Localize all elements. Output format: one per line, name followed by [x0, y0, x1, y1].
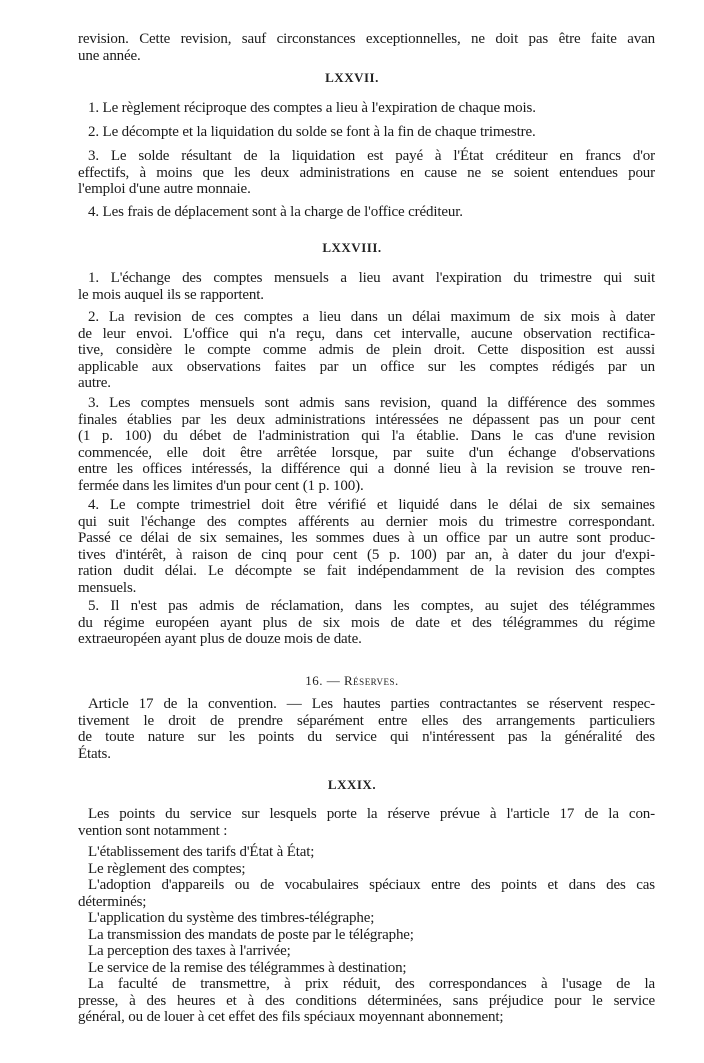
section-heading-lxxviii: LXXVIII.: [0, 240, 704, 256]
text-line: une année.: [78, 48, 655, 65]
lxxix-list: L'établissement des tarifs d'État à État…: [78, 844, 655, 1026]
text-line: effectifs, à moins que les deux administ…: [78, 165, 655, 182]
list-item: La perception des taxes à l'arrivée;: [78, 943, 655, 960]
text-line: 4. Les frais de déplacement sont à la ch…: [78, 204, 655, 221]
article-lxxvii-item-3: 3. Le solde résultant de la liquidation …: [78, 148, 655, 198]
list-item: L'établissement des tarifs d'État à État…: [78, 844, 655, 861]
text-line: finales établies par les deux administra…: [78, 412, 655, 429]
document-page: revision. Cette revision, sauf circonsta…: [0, 0, 704, 1063]
opening-paragraph: revision. Cette revision, sauf circonsta…: [78, 31, 655, 64]
text-line: 2. Le décompte et la liquidation du sold…: [78, 124, 655, 141]
text-line: tivement le droit de prendre séparément …: [78, 713, 655, 730]
text-line: applicable aux observations faites par u…: [78, 359, 655, 376]
text-line: mensuels.: [78, 580, 655, 597]
text-line: entre les offices intéressés, la différe…: [78, 461, 655, 478]
text-line: de leur envoi. L'office qui n'a reçu, da…: [78, 326, 655, 343]
section-title: Réserves.: [344, 673, 399, 688]
list-item: Le service de la remise des télégrammes …: [78, 960, 655, 977]
article-lxxviii-item-4: 4. Le compte trimestriel doit être vérif…: [78, 497, 655, 596]
article-lxxvii-item-4: 4. Les frais de déplacement sont à la ch…: [78, 204, 655, 221]
section-heading-lxxvii: LXXVII.: [0, 70, 704, 86]
list-item: Le règlement des comptes;: [78, 861, 655, 878]
text-line: fermée dans les limites d'un pour cent (…: [78, 478, 655, 495]
text-line: 3. Le solde résultant de la liquidation …: [78, 148, 655, 165]
text-line: 5. Il n'est pas admis de réclamation, da…: [78, 598, 655, 615]
text-line: vention sont notamment :: [78, 823, 655, 840]
article-lxxviii-item-2: 2. La revision de ces comptes a lieu dan…: [78, 309, 655, 392]
list-item-continuation: déterminés;: [78, 894, 655, 911]
list-item: La faculté de transmettre, à prix réduit…: [78, 976, 655, 993]
section-heading-lxxix: LXXIX.: [0, 777, 704, 793]
text-line: l'emploi d'une autre monnaie.: [78, 181, 655, 198]
text-line: 2. La revision de ces comptes a lieu dan…: [78, 309, 655, 326]
text-line: Article 17 de la convention. — Les haute…: [78, 696, 655, 713]
text-line: revision. Cette revision, sauf circonsta…: [78, 31, 655, 48]
text-line: commencée, elle doit être arrêtée lorsqu…: [78, 445, 655, 462]
article-lxxvii-item-2: 2. Le décompte et la liquidation du sold…: [78, 124, 655, 141]
text-line: tive, considère le compte comme admis de…: [78, 342, 655, 359]
text-line: tives d'intérêt, à raison de cinq pour c…: [78, 547, 655, 564]
text-line: 1. L'échange des comptes mensuels a lieu…: [78, 270, 655, 287]
reserves-paragraph: Article 17 de la convention. — Les haute…: [78, 696, 655, 762]
list-item: L'adoption d'appareils ou de vocabulaire…: [78, 877, 655, 894]
list-item-continuation: presse, à des heures et à des conditions…: [78, 993, 655, 1010]
text-line: (1 p. 100) du débet de l'administration …: [78, 428, 655, 445]
section-heading-reserves: 16. — Réserves.: [0, 673, 704, 689]
text-line: extraeuropéen ayant plus de douze mois d…: [78, 631, 655, 648]
text-line: de toute nature sur les points du servic…: [78, 729, 655, 746]
text-line: 4. Le compte trimestriel doit être vérif…: [78, 497, 655, 514]
text-line: Les points du service sur lesquels porte…: [78, 806, 655, 823]
list-item-continuation: général, ou de louer à cet effet des fil…: [78, 1009, 655, 1026]
section-number: 16. —: [305, 673, 340, 688]
text-line: Passé ce délai de six semaines, les somm…: [78, 530, 655, 547]
text-line: 3. Les comptes mensuels sont admis sans …: [78, 395, 655, 412]
text-line: ration dudit délai. Le décompte se fait …: [78, 563, 655, 580]
text-line: autre.: [78, 375, 655, 392]
article-lxxviii-item-3: 3. Les comptes mensuels sont admis sans …: [78, 395, 655, 494]
lxxix-intro: Les points du service sur lesquels porte…: [78, 806, 655, 839]
text-line: qui suit l'échange des comptes afférents…: [78, 514, 655, 531]
text-line: du régime européen ayant plus de six moi…: [78, 615, 655, 632]
article-lxxviii-item-5: 5. Il n'est pas admis de réclamation, da…: [78, 598, 655, 648]
text-line: 1. Le règlement réciproque des comptes a…: [78, 100, 655, 117]
article-lxxvii-item-1: 1. Le règlement réciproque des comptes a…: [78, 100, 655, 117]
text-line: États.: [78, 746, 655, 763]
list-item: La transmission des mandats de poste par…: [78, 927, 655, 944]
text-line: le mois auquel ils se rapportent.: [78, 287, 655, 304]
list-item: L'application du système des timbres-tél…: [78, 910, 655, 927]
article-lxxviii-item-1: 1. L'échange des comptes mensuels a lieu…: [78, 270, 655, 303]
